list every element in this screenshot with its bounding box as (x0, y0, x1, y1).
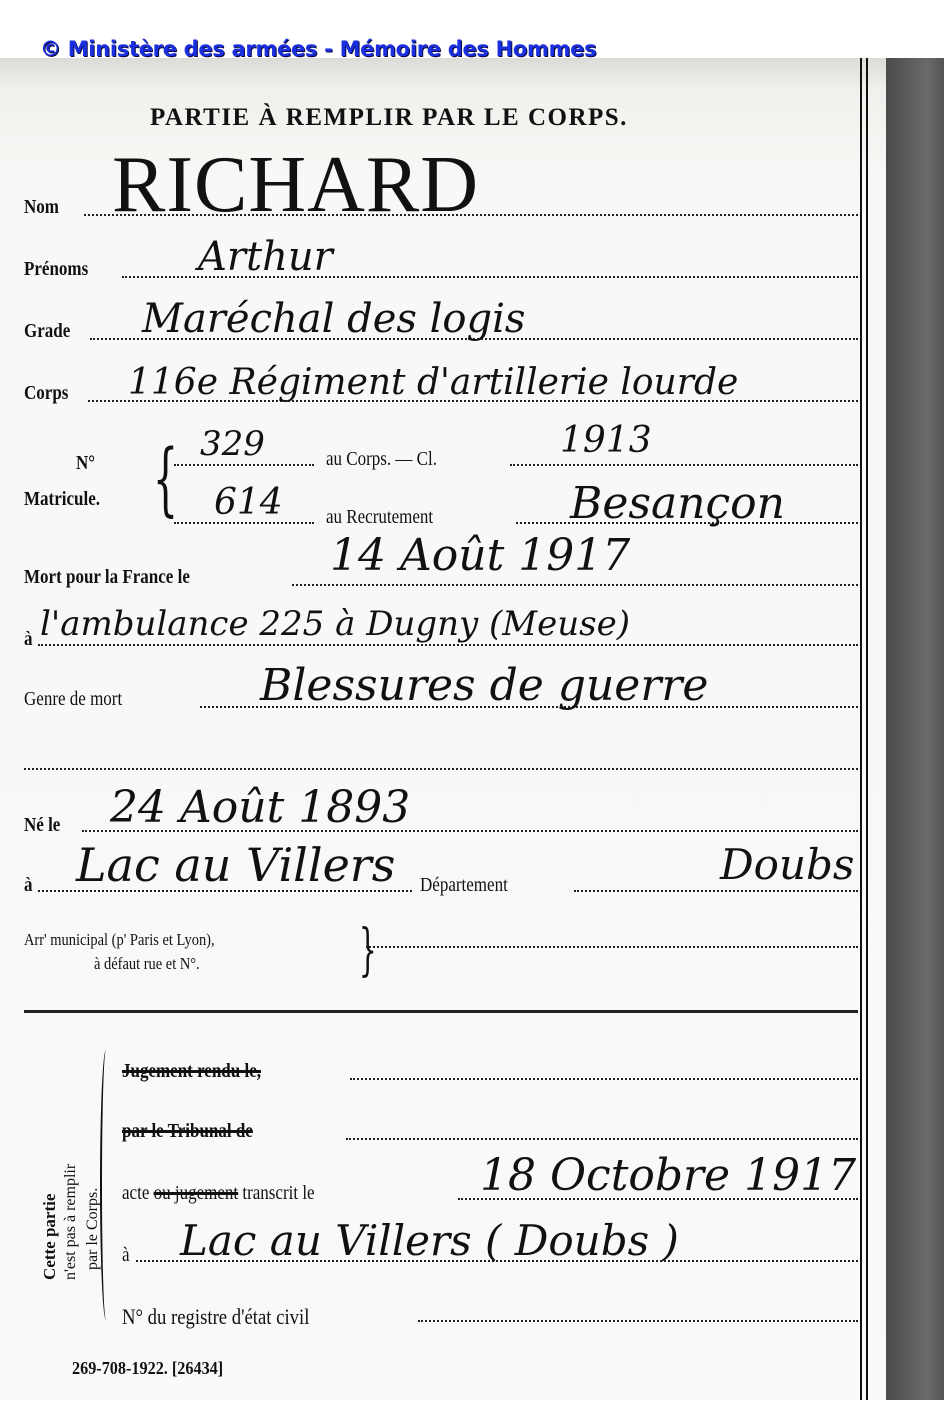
form-heading: PARTIE À REMPLIR PAR LE CORPS. (150, 104, 628, 132)
margin-rule-outer (860, 58, 862, 1400)
corps-no-line (174, 464, 314, 466)
copyright-watermark: © Ministère des armées - Mémoire des Hom… (40, 37, 596, 61)
ne-le-label: Né le (24, 814, 60, 837)
acte-label-start: acte (122, 1182, 154, 1204)
ne-le-value: 24 Août 1893 (110, 782, 410, 833)
page-binding-edge (886, 58, 944, 1400)
grade-label: Grade (24, 320, 70, 343)
au-recrutement-label: au Recrutement (326, 506, 433, 529)
tribunal-label: par le Tribunal de (122, 1120, 253, 1143)
prenoms-value: Arthur (198, 234, 333, 280)
mort-line (292, 584, 858, 586)
registre-label: N° du registre d'état civil (122, 1304, 309, 1330)
corps-no-value: 329 (200, 424, 265, 464)
matricule-label: Matricule. (24, 488, 100, 511)
arrondissement-line (366, 946, 858, 948)
acte-label: acte ou jugement transcrit le (122, 1182, 315, 1205)
prenoms-label: Prénoms (24, 258, 88, 281)
lieu-mort-line (38, 644, 858, 646)
grade-value: Maréchal des logis (142, 296, 525, 342)
transcrit-a-label: à (122, 1244, 130, 1267)
au-corps-label: au Corps. — Cl. (326, 448, 437, 471)
matricule-brace: { (153, 432, 178, 525)
mort-label: Mort pour la France le (24, 566, 190, 589)
side-note: Cette partie n'est pas à remplir par le … (22, 1120, 112, 1280)
recrutement-value: Besançon (570, 478, 785, 529)
arrondissement-label-1: Arr' municipal (p' Paris et Lyon), (24, 930, 215, 950)
corps-label: Corps (24, 382, 68, 405)
classe-value: 1913 (560, 420, 652, 461)
mort-value: 14 Août 1917 (330, 530, 630, 581)
classe-line (510, 464, 858, 466)
departement-value: Doubs (720, 840, 854, 889)
departement-label: Département (420, 874, 508, 897)
nom-label: Nom (24, 196, 59, 219)
ne-a-label: à (24, 874, 33, 897)
extra-line (24, 768, 858, 770)
matricule-label-no: N° (76, 452, 95, 475)
nom-value: RICHARD (112, 140, 479, 231)
acte-label-struck: ou jugement (154, 1182, 239, 1204)
genre-mort-value: Blessures de guerre (260, 660, 708, 711)
ne-a-value: Lac au Villers (76, 838, 395, 892)
registre-line (418, 1320, 858, 1322)
side-note-line-2: n'est pas à remplir (62, 1164, 80, 1280)
transcrit-a-value: Lac au Villers ( Doubs ) (180, 1216, 679, 1265)
margin-rule-inner (866, 58, 868, 1400)
arrondissement-brace: } (359, 918, 377, 983)
lower-brace (100, 1050, 112, 1320)
genre-mort-label: Genre de mort (24, 688, 122, 711)
recrutement-no-value: 614 (214, 482, 283, 523)
tribunal-line (346, 1138, 858, 1140)
jugement-label: Jugement rendu le, (122, 1060, 261, 1083)
lieu-mort-value: l'ambulance 225 à Dugny (Meuse) (40, 604, 630, 644)
transcrit-value: 18 Octobre 1917 (480, 1150, 856, 1201)
departement-line (574, 890, 858, 892)
side-note-line-1: Cette partie (40, 1194, 60, 1280)
form-reference-footer: 269-708-1922. [26434] (72, 1358, 223, 1379)
arrondissement-label-2: à défaut rue et N°. (94, 954, 200, 974)
lieu-mort-label: à (24, 628, 33, 651)
jugement-line (350, 1078, 858, 1080)
section-divider (24, 1010, 858, 1013)
corps-value: 116e Régiment d'artillerie lourde (128, 362, 738, 403)
acte-label-end: transcrit le (238, 1182, 314, 1204)
